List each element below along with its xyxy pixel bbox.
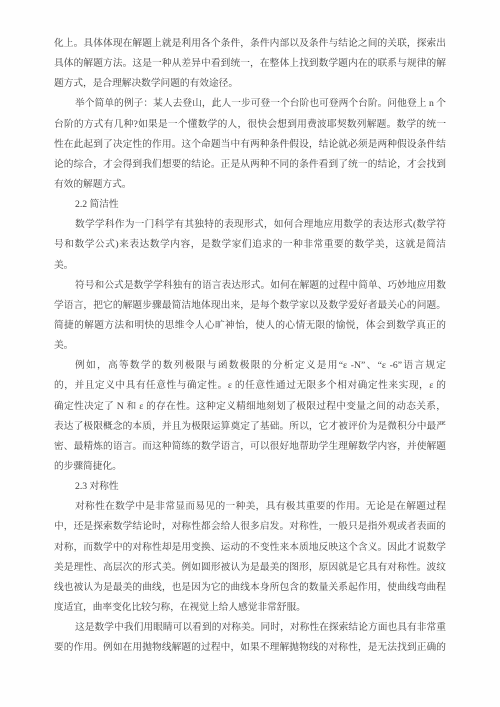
text-line: 的步骤简捷化。 bbox=[54, 457, 446, 477]
text-line: 题方式，是合理解决数学问题的有效途径。 bbox=[54, 74, 446, 94]
text-line: 性在此起到了决定性的作用。这个命题当中有两种条件假设，结论就必须是两种假设条件结 bbox=[54, 135, 446, 155]
text-line: 论的综合，才会得到我们想要的结论。正是从两种不同的条件看到了统一的结论，才会找到 bbox=[54, 155, 446, 175]
text-line: 确定性决定了 N 和 ε 的存在性。这种定义精细地刻划了极限过程中变量之间的动态… bbox=[54, 397, 446, 417]
text-line: 学语言，把它的解题步骤最简洁地体现出来，是每个数学家以及数学爱好者最关心的问题。 bbox=[54, 296, 446, 316]
text-line: 表达了极限概念的本质，并且为极限运算奠定了基础。所以，它才被评价为是微积分中最严 bbox=[54, 417, 446, 437]
text-line: 的，并且定义中具有任意性与确定性。ε 的任意性通过无限多个相对确定性来实现，ε … bbox=[54, 376, 446, 396]
text-line: 符号和公式是数学学科独有的语言表达形式。如何在解题的过程中简单、巧妙地应用数 bbox=[54, 276, 446, 296]
text-line: 线也被认为是最美的曲线，也是因为它的曲线本身所包含的数量关系起作用，使曲线弯曲程 bbox=[54, 578, 446, 598]
text-line: 号和数学公式)来表达数学内容，是数学家们追求的一种非常重要的数学美，这就是简洁 bbox=[54, 235, 446, 255]
text-line: 数学学科作为一门科学有其独特的表现形式，如何合理地应用数学的表达形式(数学符 bbox=[54, 215, 446, 235]
text-line: 度适宜，曲率变化比较匀称，在视觉上给人感觉非常舒服。 bbox=[54, 598, 446, 618]
text-line: 美。 bbox=[54, 336, 446, 356]
text-line: 美是理性、高层次的形式美。例如圆形被认为是最美的图形，原因就是它具有对称性。波纹 bbox=[54, 558, 446, 578]
section-heading: 2.2 简洁性 bbox=[54, 195, 446, 215]
text-line: 密、最精炼的语言。而这种简练的数学语言，可以很好地帮助学生理解数学内容，并使解题 bbox=[54, 437, 446, 457]
text-line: 这是数学中我们用眼睛可以看到的对称美。同时，对称性在探索结论方面也具有非常重 bbox=[54, 618, 446, 638]
text-line: 简捷的解题方法和明快的思维令人心旷神怡，使人的心情无限的愉悦，体会到数学真正的 bbox=[54, 316, 446, 336]
text-line: 对称性在数学中是非常显而易见的一种美，具有极其重要的作用。无论是在解题过程 bbox=[54, 497, 446, 517]
document-page: 化上。具体体现在解题上就是利用各个条件，条件内部以及条件与结论之间的关联，探索出… bbox=[0, 0, 500, 707]
text-line: 举个简单的例子：某人去登山，此人一步可登一个台阶也可登两个台阶。问他登上 n 个 bbox=[54, 94, 446, 114]
text-line: 具体的解题方法。这是一种从差异中看到统一，在整体上找到数学题内在的联系与规律的解 bbox=[54, 54, 446, 74]
text-line: 有效的解题方式。 bbox=[54, 175, 446, 195]
text-line: 对称，而数学中的对称性却是用变换、运动的不变性来本质地反映这个含义。因此才说数学 bbox=[54, 538, 446, 558]
text-line: 化上。具体体现在解题上就是利用各个条件，条件内部以及条件与结论之间的关联，探索出 bbox=[54, 34, 446, 54]
document-text-body: 化上。具体体现在解题上就是利用各个条件，条件内部以及条件与结论之间的关联，探索出… bbox=[54, 34, 446, 658]
text-line: 台阶的方式有几种?如果是一个懂数学的人，很快会想到用费波耶契数列解题。数学的统一 bbox=[54, 115, 446, 135]
section-heading: 2.3 对称性 bbox=[54, 477, 446, 497]
text-line: 例如，高等数学的数列极限与函数极限的分析定义是用“ε -N”、“ε -6”语言规… bbox=[54, 356, 446, 376]
text-line: 中，还是探索数学结论时，对称性都会给人很多启发。对称性，一般只是指外观或者表面的 bbox=[54, 517, 446, 537]
text-line: 美。 bbox=[54, 256, 446, 276]
text-line: 要的作用。例如在用抛物线解题的过程中，如果不理解抛物线的对称性，是无法找到正确的 bbox=[54, 638, 446, 658]
